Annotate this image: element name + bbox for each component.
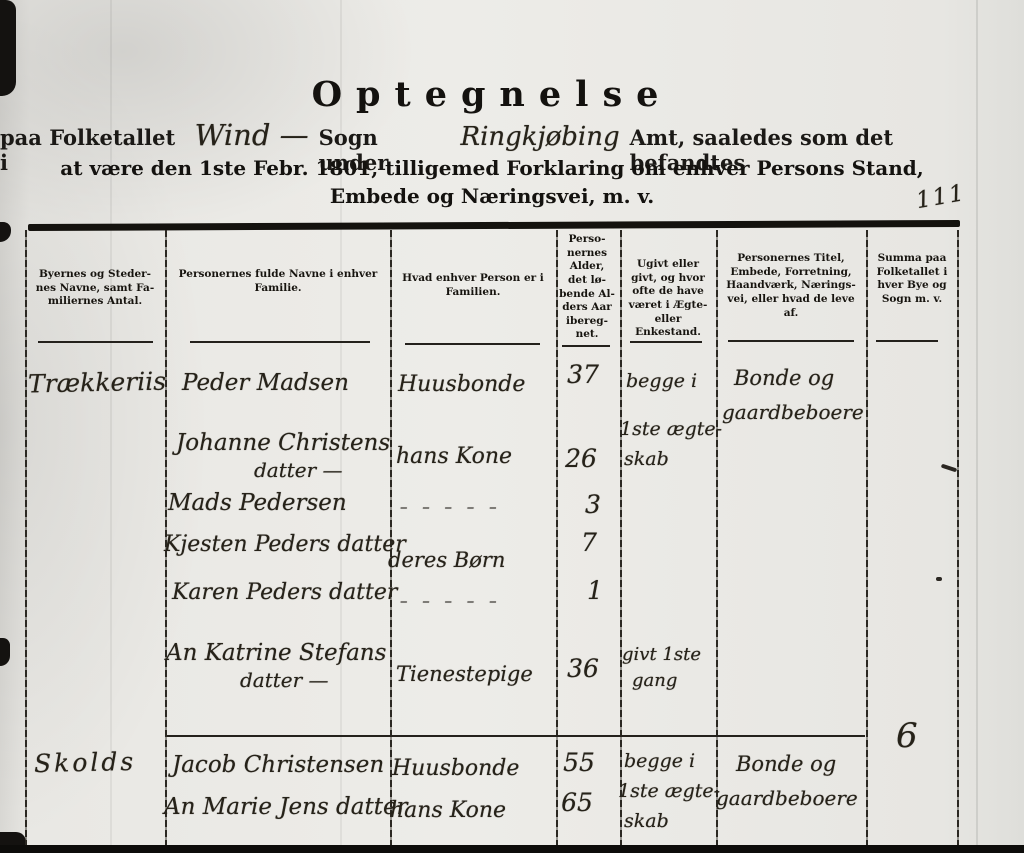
- member-age: 7: [562, 528, 616, 557]
- marital-status-line: skab: [624, 448, 669, 470]
- header-rule-7: [876, 340, 938, 342]
- marital-status-line: gang: [632, 670, 677, 691]
- occupation-line: Bonde og: [736, 752, 836, 776]
- page-bottom-edge: [0, 845, 1024, 853]
- member-name: Jacob Christensen: [172, 752, 384, 778]
- member-age: 26: [554, 444, 608, 473]
- occupation-line: Bonde og: [734, 366, 834, 390]
- parish-name-handwritten: Wind —: [195, 118, 309, 152]
- marital-status-line: skab: [624, 810, 669, 832]
- column-line-4: [620, 230, 622, 846]
- occupation-line: gaardbeboere: [716, 786, 858, 810]
- document-title: Optegnelse: [0, 74, 984, 115]
- marital-status-line: givt 1ste: [622, 644, 701, 665]
- place-name: Skolds: [34, 747, 137, 778]
- member-name: Johanne Christens: [176, 430, 390, 456]
- header-rule-1: [38, 341, 153, 343]
- member-role: deres Børn: [388, 548, 505, 572]
- ditto-marks: – – – – –: [400, 498, 502, 516]
- member-age: 37: [556, 360, 610, 389]
- member-name: Karen Peders datter: [172, 580, 397, 605]
- member-name: Kjesten Peders datter: [164, 532, 406, 557]
- column-line-7: [957, 230, 959, 846]
- column-line-0: [25, 230, 27, 846]
- member-age: 65: [550, 788, 604, 817]
- marital-status-line: begge i: [624, 750, 695, 772]
- torn-edge-blob-1: [0, 222, 11, 242]
- column-header-occupation: Personernes Titel, Embede, Forretning, H…: [720, 252, 862, 320]
- member-name: Peder Madsen: [182, 370, 349, 396]
- marital-status-line: begge i: [626, 370, 697, 392]
- member-age: 36: [556, 654, 610, 683]
- member-role: Huusbonde: [398, 372, 525, 397]
- member-name: An Marie Jens datter: [164, 794, 408, 820]
- marital-status-line: 1ste ægte-: [620, 418, 722, 440]
- member-name: An Katrine Stefans: [166, 640, 386, 666]
- marital-status-line: 1ste ægte-: [618, 780, 720, 802]
- member-name-continued: datter —: [240, 668, 329, 692]
- member-role: Tienestepige: [396, 662, 533, 686]
- member-name: Mads Pedersen: [168, 490, 347, 516]
- place-name: Trækkeriis: [28, 367, 167, 399]
- heading-line-3: Embede og Næringsvei, m. v.: [0, 184, 984, 208]
- header-rule-2: [190, 341, 370, 343]
- household-summa: 6: [896, 716, 918, 756]
- column-header-places: Byernes og Steder- nes Navne, samt Fa- m…: [30, 268, 160, 309]
- torn-edge-blob-2: [0, 638, 10, 666]
- member-age: 55: [552, 748, 606, 777]
- household-divider-rule: [167, 735, 865, 737]
- header-rule-3: [405, 343, 540, 345]
- member-name-continued: datter —: [254, 458, 343, 482]
- member-age: 3: [566, 490, 620, 519]
- census-scan-page: Optegnelse paa Folketallet i Wind — Sogn…: [0, 0, 1024, 853]
- ditto-marks: – – – – –: [400, 592, 502, 610]
- column-header-age: Perso- nernes Alder, det lø- bende Al- d…: [559, 233, 615, 342]
- column-header-marital: Ugivt eller givt, og hvor ofte de have v…: [624, 258, 712, 340]
- occupation-line: gaardbeboere: [722, 400, 864, 424]
- member-role: hans Kone: [390, 798, 506, 823]
- header-rule-4: [562, 345, 610, 347]
- heading-line-2: at være den 1ste Febr. 1801, tilligemed …: [0, 156, 984, 180]
- column-header-summa: Summa paa Folketallet i hver Bye og Sogn…: [870, 252, 954, 307]
- ink-speck-2: [936, 577, 942, 581]
- ink-speck-1: [941, 464, 957, 473]
- column-line-5: [716, 230, 718, 846]
- member-age: 1: [568, 576, 622, 605]
- header-rule-6: [728, 340, 854, 342]
- member-role: hans Kone: [396, 444, 512, 469]
- column-header-names: Personernes fulde Navne i enhver Familie…: [172, 268, 384, 295]
- column-line-6: [866, 230, 868, 846]
- member-role: Huusbonde: [392, 756, 519, 781]
- county-name-handwritten: Ringkjøbing: [461, 122, 620, 152]
- header-rule-5: [630, 341, 702, 343]
- table-top-rule: [28, 220, 960, 231]
- column-header-position: Hvad enhver Person er i Familien.: [396, 272, 550, 299]
